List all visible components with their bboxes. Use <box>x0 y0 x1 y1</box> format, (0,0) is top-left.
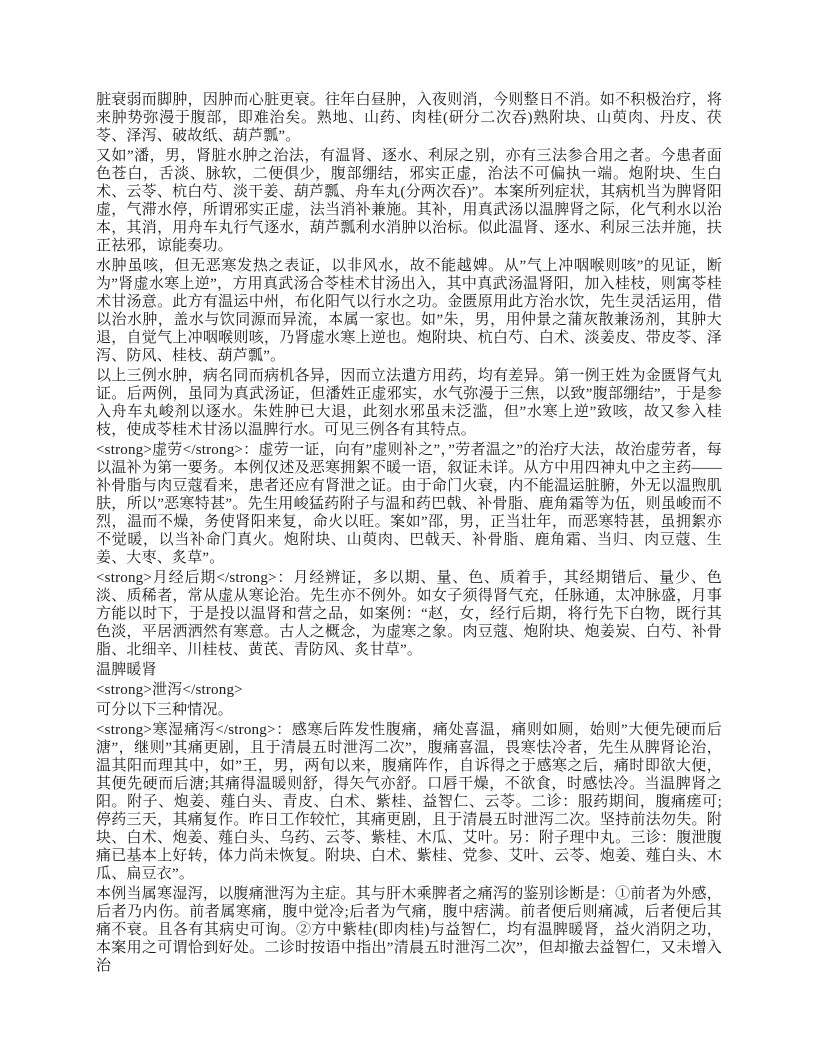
paragraph: 温脾暖肾 <box>96 661 722 679</box>
paragraph: 本例当属寒湿泻，以腹痛泄泻为主症。其与肝木乘脾者之痛泻的鉴别诊断是：①前者为外感… <box>96 885 722 975</box>
paragraph: 又如”潘，男，肾脏水肿之治法，有温肾、逐水、利尿之别，亦有三法参合用之者。今患者… <box>96 147 722 255</box>
text-block: 脏衰弱而脚肿，因肿而心脏更衰。往年白昼肿，入夜则消，今则整日不消。如不积极治疗，… <box>96 91 722 977</box>
paragraph: <strong>虚劳</strong>：虚劳一证，向有”虚则补之”，”劳者温之”… <box>96 441 722 567</box>
paragraph: <strong>寒湿痛泻</strong>：感寒后阵发性腹痛，痛处喜温，痛则如厕… <box>96 721 722 883</box>
paragraph: 水肿虽咳，但无恶寒发热之表证，以非风水，故不能越婢。从”气上冲咽喉则咳”的见证，… <box>96 257 722 365</box>
paragraph: 脏衰弱而脚肿，因肿而心脏更衰。往年白昼肿，入夜则消，今则整日不消。如不积极治疗，… <box>96 91 722 145</box>
paragraph: 可分以下三种情况。 <box>96 701 722 719</box>
document-page: 脏衰弱而脚肿，因肿而心脏更衰。往年白昼肿，入夜则消，今则整日不消。如不积极治疗，… <box>0 0 816 1056</box>
paragraph: 以上三例水肿，病名同而病机各异，因而立法遣方用药，均有差异。第一例王姓为金匮肾气… <box>96 367 722 439</box>
paragraph: <strong>泄泻</strong> <box>96 681 722 699</box>
paragraph: <strong>月经后期</strong>：月经辨证，多以期、量、色、质着手，其… <box>96 569 722 659</box>
